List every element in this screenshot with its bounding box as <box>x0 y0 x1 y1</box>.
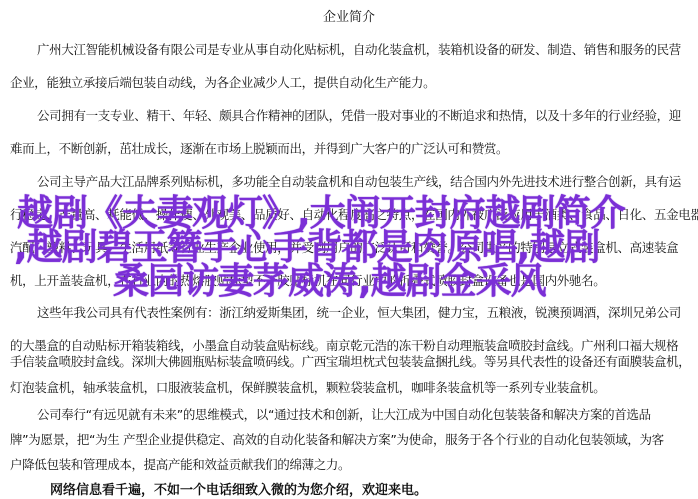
paragraph-line: 牌”为愿景，把“为生 产型企业提供稳定、高效的自动化装备和解决方案”为使命，服务… <box>10 430 664 448</box>
paragraph-line: 手信装盒喷胶封盒线。深圳大佛圆瓶贴标装盒喷码线。广西宝瑞坦枕式包装装盒捆扎线。等… <box>10 352 690 370</box>
overlay-title-line-1: 越剧《夫妻观灯》,大闹开封府越剧简介 <box>17 197 698 231</box>
paragraph-line: 这些年我公司具有代表性案例有：浙江纳爱斯集团，统一企业，恒大集团，健力宝，五粮液… <box>37 303 681 321</box>
paragraph-line: 公司主导产品大江品牌系列贴标机，多功能全自动装盒机和自动包装生产线，结合国内外先… <box>37 172 681 190</box>
paragraph-line: 公司奉行“有远见就有未来”的思维模式，以“通过技术和创新，让大江成为中国自动化包… <box>37 405 651 423</box>
overlay-title-line-3: 桑园访妻茅威涛,越剧金采风 <box>113 265 698 299</box>
document-page: 企业简介 广州大江智能机械设备有限公司是专业从事自动化贴标机，自动化装盒机，装箱… <box>0 0 698 499</box>
paragraph-line: 户降低包装和管理成本，提高产能和效益贡献我们的绵薄之力。 <box>10 455 350 473</box>
paragraph-line: 广州大江智能机械设备有限公司是专业从事自动化贴标机，自动化装盒机，装箱机设备的研… <box>37 40 681 58</box>
paragraph-line: 灯泡装盒机，轴承装盒机，口服液装盒机，保鲜膜装盒机，颗粒袋装盒机，咖啡条装盒机等… <box>10 378 605 396</box>
paragraph-line: 企业，能独立承接后端包装自动线，为各企业减少人工，提供自动化生产能力。 <box>10 73 435 91</box>
paragraph-line: 公司拥有一支专业、精干、年轻、颇具合作精神的团队，凭借一股对事业的不断追求和热情… <box>37 106 681 124</box>
page-title: 企业简介 <box>0 6 698 25</box>
closing-line: 网络信息看千遍，不如一个电话细致入微的为您介绍，欢迎来电。 <box>50 479 427 498</box>
overlay-title-line-2: ,越剧碧玉簪手心手背都是肉原唱,越剧 <box>14 231 698 265</box>
paragraph-line: 难而上，不断创新，茁壮成长，逐渐在市场上脱颖而出，并得到广大客户的广泛认可和赞赏… <box>10 139 508 157</box>
